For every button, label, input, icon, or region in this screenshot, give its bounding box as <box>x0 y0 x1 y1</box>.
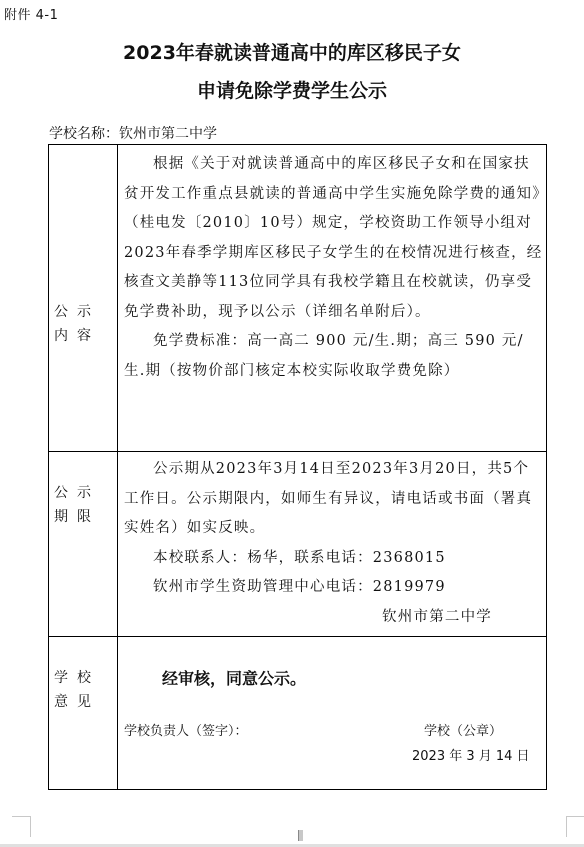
seal-label: 学校（公章） <box>424 720 502 739</box>
notice-period-paragraph: 公示期从2023年3月14日至2023年3月20日，共5个工作日。公示期限内，如… <box>124 455 544 544</box>
notice-content-cell[interactable]: 根据《关于对就读普通高中的库区移民子女和在国家扶贫开发工作重点县就读的普通高中学… <box>124 150 544 386</box>
signer-label: 学校负责人（签字）： <box>124 720 248 739</box>
approval-text: 经审核，同意公示。 <box>162 666 306 689</box>
approval-date: 2023 年 3 月 14 日 <box>412 745 530 764</box>
text-cursor-icon <box>298 830 303 841</box>
row-divider <box>48 636 547 637</box>
row-label-notice-content: 公示 内容 <box>54 300 110 348</box>
row-label-notice-period: 公示 期限 <box>54 481 110 529</box>
school-name: 学校名称：钦州市第二中学 <box>49 123 217 143</box>
school-signature: 钦州市第二中学 <box>124 603 544 633</box>
row-divider <box>48 451 547 452</box>
fee-standard-paragraph: 免学费标准：高一高二 900 元/生.期；高三 590 元/生.期（按物价部门核… <box>124 327 544 386</box>
notice-period-cell[interactable]: 公示期从2023年3月14日至2023年3月20日，共5个工作日。公示期限内，如… <box>124 455 544 632</box>
row-label-school-opinion: 学校 意见 <box>54 666 110 714</box>
column-divider <box>117 144 118 790</box>
document-title-line2: 申请免除学费学生公示 <box>0 76 584 103</box>
attachment-label: 附件 4-1 <box>4 4 58 23</box>
aid-center-phone: 钦州市学生资助管理中心电话：2819979 <box>124 573 544 603</box>
school-contact: 本校联系人：杨华，联系电话：2368015 <box>124 544 544 574</box>
notice-content-paragraph: 根据《关于对就读普通高中的库区移民子女和在国家扶贫开发工作重点县就读的普通高中学… <box>124 150 544 327</box>
page-corner-mark-right <box>566 816 584 837</box>
page-corner-mark-left <box>12 816 31 837</box>
document-title-line1: 2023年春就读普通高中的库区移民子女 <box>0 38 584 65</box>
